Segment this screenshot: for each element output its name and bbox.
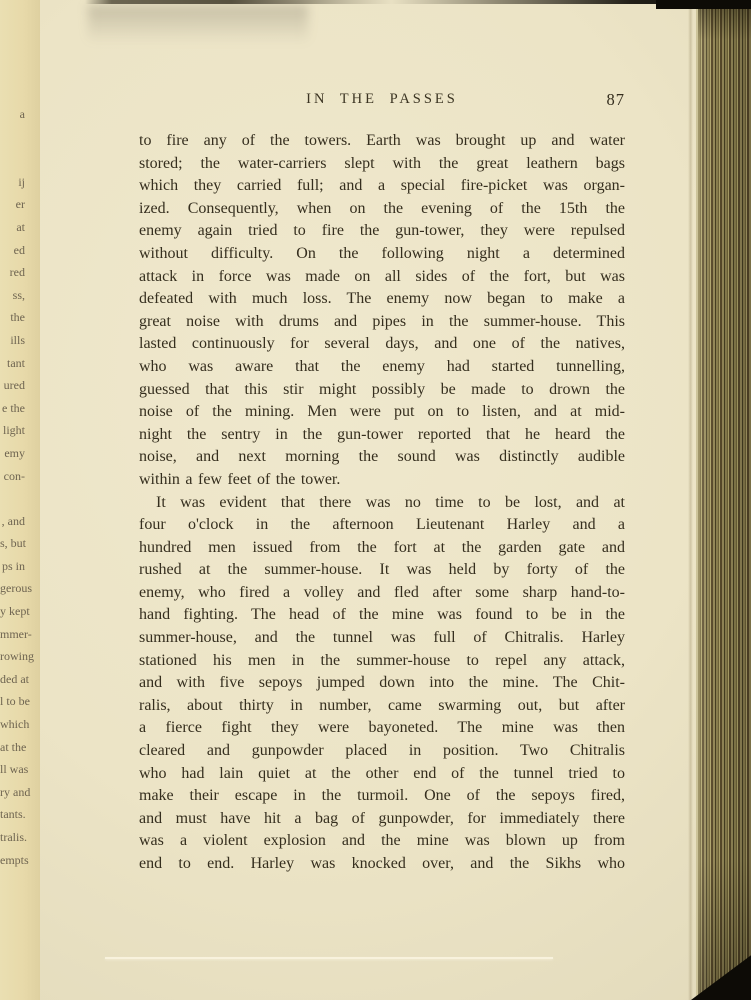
- page-paper: IN THE PASSES 87 to fire any of the towe…: [40, 0, 698, 1000]
- text-fragment: y kept: [0, 600, 25, 623]
- body-text: to fire any of the towers. Earth was bro…: [139, 130, 625, 876]
- running-header: IN THE PASSES 87: [139, 91, 625, 109]
- text-fragment: con-: [0, 465, 25, 488]
- text-line: stationed his men in the summer-house to…: [139, 650, 625, 673]
- text-fragment: gerous: [0, 577, 25, 600]
- book-page-scan: aijeratedredss,theillstanturede thelight…: [0, 0, 751, 1000]
- text-fragment: ured: [0, 374, 25, 397]
- text-fragment: ss,: [0, 284, 25, 307]
- text-line: defeated with much loss. The enemy now b…: [139, 288, 625, 311]
- text-line: without difficulty. On the following nig…: [139, 243, 625, 266]
- text-line: was a violent explosion and the mine was…: [139, 830, 625, 853]
- text-line: guessed that this stir might possibly be…: [139, 379, 625, 402]
- text-fragment: a: [0, 103, 25, 126]
- text-line: hand fighting. The head of the mine was …: [139, 604, 625, 627]
- text-fragment: ded at: [0, 668, 25, 691]
- text-fragment: l to be: [0, 690, 25, 713]
- scan-smudge: [88, 5, 308, 43]
- top-edge-shadow: [85, 0, 751, 4]
- text-fragment: ills: [0, 329, 25, 352]
- text-fragment: empts: [0, 849, 25, 872]
- text-fragment: [0, 148, 25, 171]
- text-line: who was aware that the enemy had started…: [139, 356, 625, 379]
- text-line: stored; the water-carriers slept with th…: [139, 153, 625, 176]
- text-fragment: at the: [0, 736, 25, 759]
- text-line: night the sentry in the gun-tower report…: [139, 424, 625, 447]
- text-fragment: er: [0, 193, 25, 216]
- text-fragment: ed: [0, 239, 25, 262]
- text-fragment: rowing: [0, 645, 25, 668]
- text-fragment: ry and: [0, 781, 25, 804]
- paragraph: It was evident that there was no time to…: [139, 492, 625, 876]
- text-line: lasted continuously for several days, an…: [139, 333, 625, 356]
- text-line: enemy again tried to fire the gun-tower,…: [139, 220, 625, 243]
- text-fragment: emy: [0, 442, 25, 465]
- text-line: noise of the mining. Men were put on to …: [139, 401, 625, 424]
- text-fragment: tants.: [0, 803, 25, 826]
- text-fragment: mmer-: [0, 623, 25, 646]
- text-line: who had lain quiet at the other end of t…: [139, 763, 625, 786]
- text-line: enemy, who fired a volley and fled after…: [139, 582, 625, 605]
- paragraph-continued: to fire any of the towers. Earth was bro…: [139, 130, 625, 492]
- text-line: which they carried full; and a special f…: [139, 175, 625, 198]
- text-fragment: e the: [0, 397, 25, 420]
- text-line: within a few feet of the tower.: [139, 469, 625, 492]
- text-line: summer-house, and the tunnel was full of…: [139, 627, 625, 650]
- facing-page-edge: aijeratedredss,theillstanturede thelight…: [0, 0, 44, 1000]
- text-fragment: tralis.: [0, 826, 25, 849]
- text-fragment: s, but: [0, 532, 25, 555]
- chapter-running-title: IN THE PASSES: [139, 91, 625, 108]
- text-fragment: ll was: [0, 758, 25, 781]
- text-line: rushed at the summer-house. It was held …: [139, 559, 625, 582]
- fore-edge-page-stack: [696, 0, 751, 1000]
- text-line: It was evident that there was no time to…: [139, 492, 625, 515]
- text-line: hundred men issued from the fort at the …: [139, 537, 625, 560]
- text-fragment: which: [0, 713, 25, 736]
- page-number: 87: [607, 90, 626, 110]
- text-line: and must have hit a bag of gunpowder, fo…: [139, 808, 625, 831]
- text-line: attack in force was made on all sides of…: [139, 266, 625, 289]
- text-line: a fierce fight they were bayoneted. The …: [139, 717, 625, 740]
- text-fragment: red: [0, 261, 25, 284]
- text-line: to fire any of the towers. Earth was bro…: [139, 130, 625, 153]
- text-fragment: the: [0, 306, 25, 329]
- text-line: cleared and gunpowder placed in position…: [139, 740, 625, 763]
- text-fragment: at: [0, 216, 25, 239]
- text-fragment: [0, 487, 25, 510]
- text-fragment: ij: [0, 171, 25, 194]
- text-fragment: ps in: [0, 555, 25, 578]
- text-fragment: tant: [0, 352, 25, 375]
- text-line: make their escape in the turmoil. One of…: [139, 785, 625, 808]
- text-line: noise, and next morning the sound was di…: [139, 446, 625, 469]
- text-line: ralis, about thirty in number, came swar…: [139, 695, 625, 718]
- page-crease: [688, 0, 693, 1000]
- facing-page-text-fragments: aijeratedredss,theillstanturede thelight…: [0, 103, 25, 871]
- text-line: end to end. Harley was knocked over, and…: [139, 853, 625, 876]
- text-line: ized. Consequently, when on the evening …: [139, 198, 625, 221]
- top-right-black-background: [656, 0, 751, 9]
- text-line: great noise with drums and pipes in the …: [139, 311, 625, 334]
- text-fragment: , and: [0, 510, 25, 533]
- text-line: and with five sepoys jumped down into th…: [139, 672, 625, 695]
- text-fragment: light: [0, 419, 25, 442]
- text-fragment: [0, 126, 25, 149]
- scan-artifact-line: [105, 957, 553, 959]
- text-line: four o'clock in the afternoon Lieutenant…: [139, 514, 625, 537]
